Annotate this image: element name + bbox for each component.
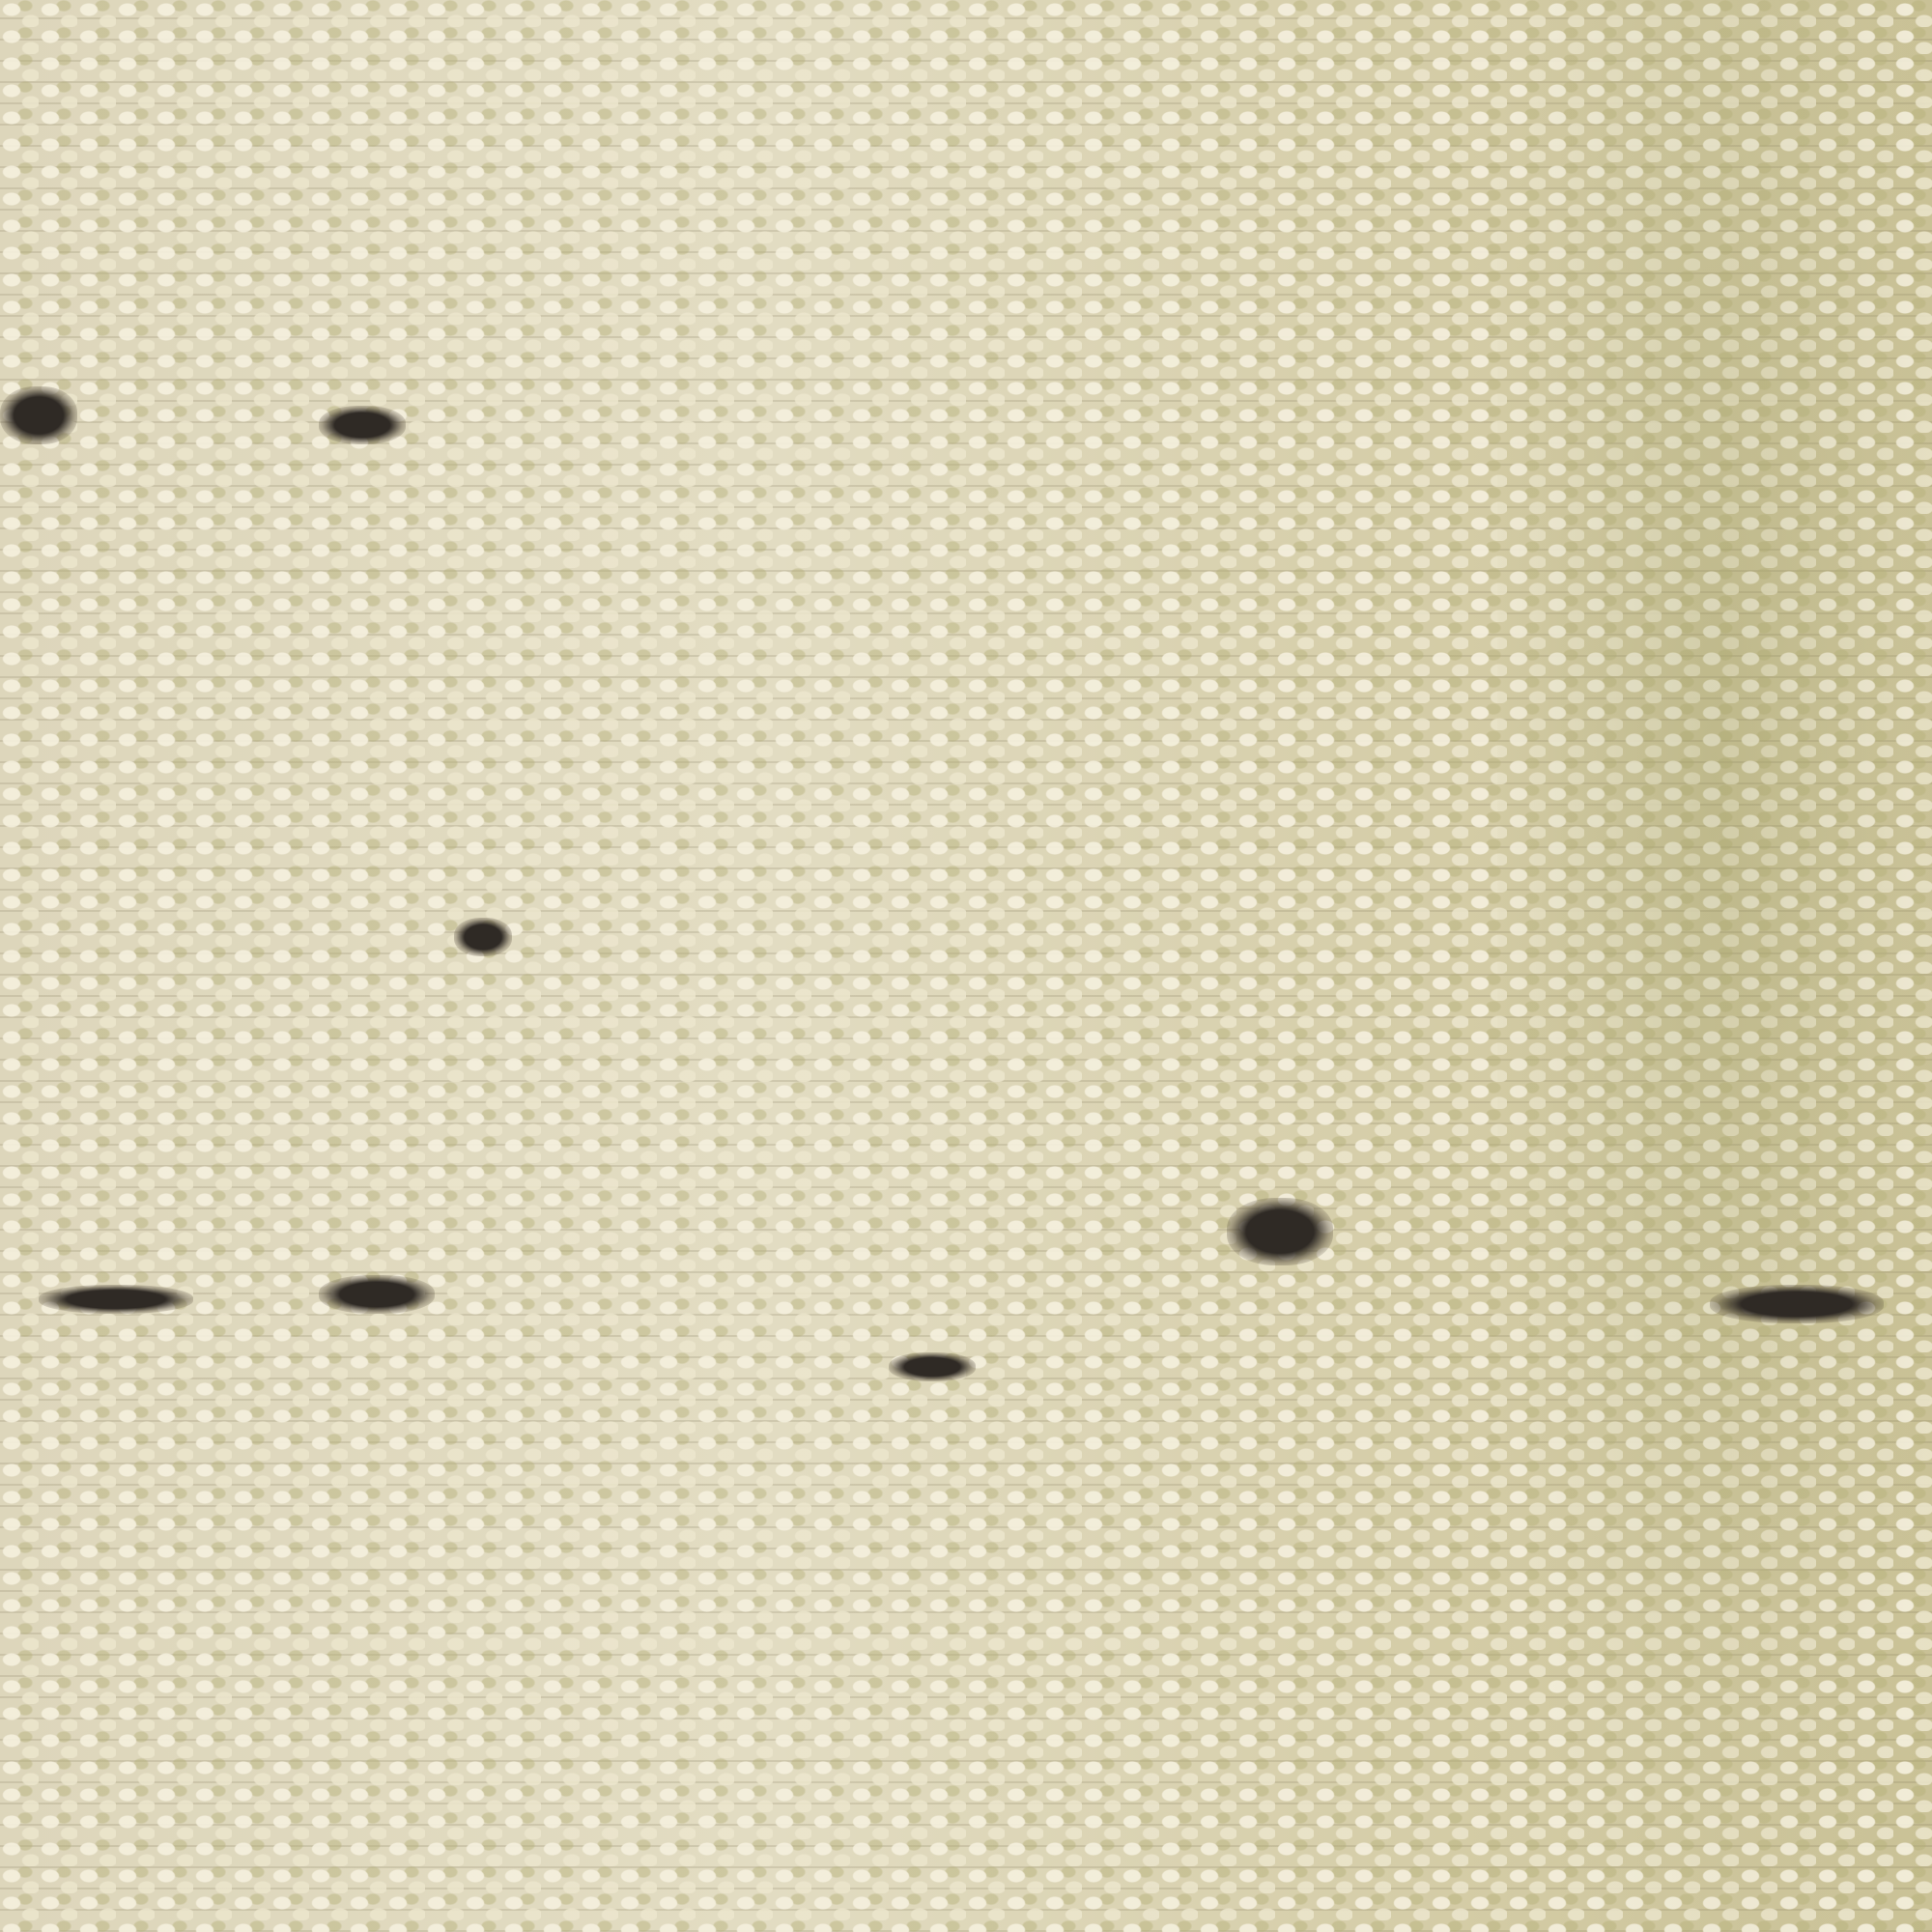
dark-fleck bbox=[1710, 1285, 1884, 1323]
wool-rug-texture-photo: Close-up of hand-woven wool rug texture bbox=[0, 0, 1932, 1932]
dark-fleck bbox=[319, 1275, 435, 1314]
dark-fleck bbox=[319, 406, 406, 444]
dark-fleck bbox=[0, 386, 77, 444]
dark-fleck bbox=[1227, 1198, 1333, 1265]
dark-fleck-layer bbox=[0, 0, 1932, 1932]
dark-fleck bbox=[454, 918, 512, 956]
dark-fleck bbox=[889, 1352, 976, 1381]
dark-fleck bbox=[39, 1285, 193, 1314]
